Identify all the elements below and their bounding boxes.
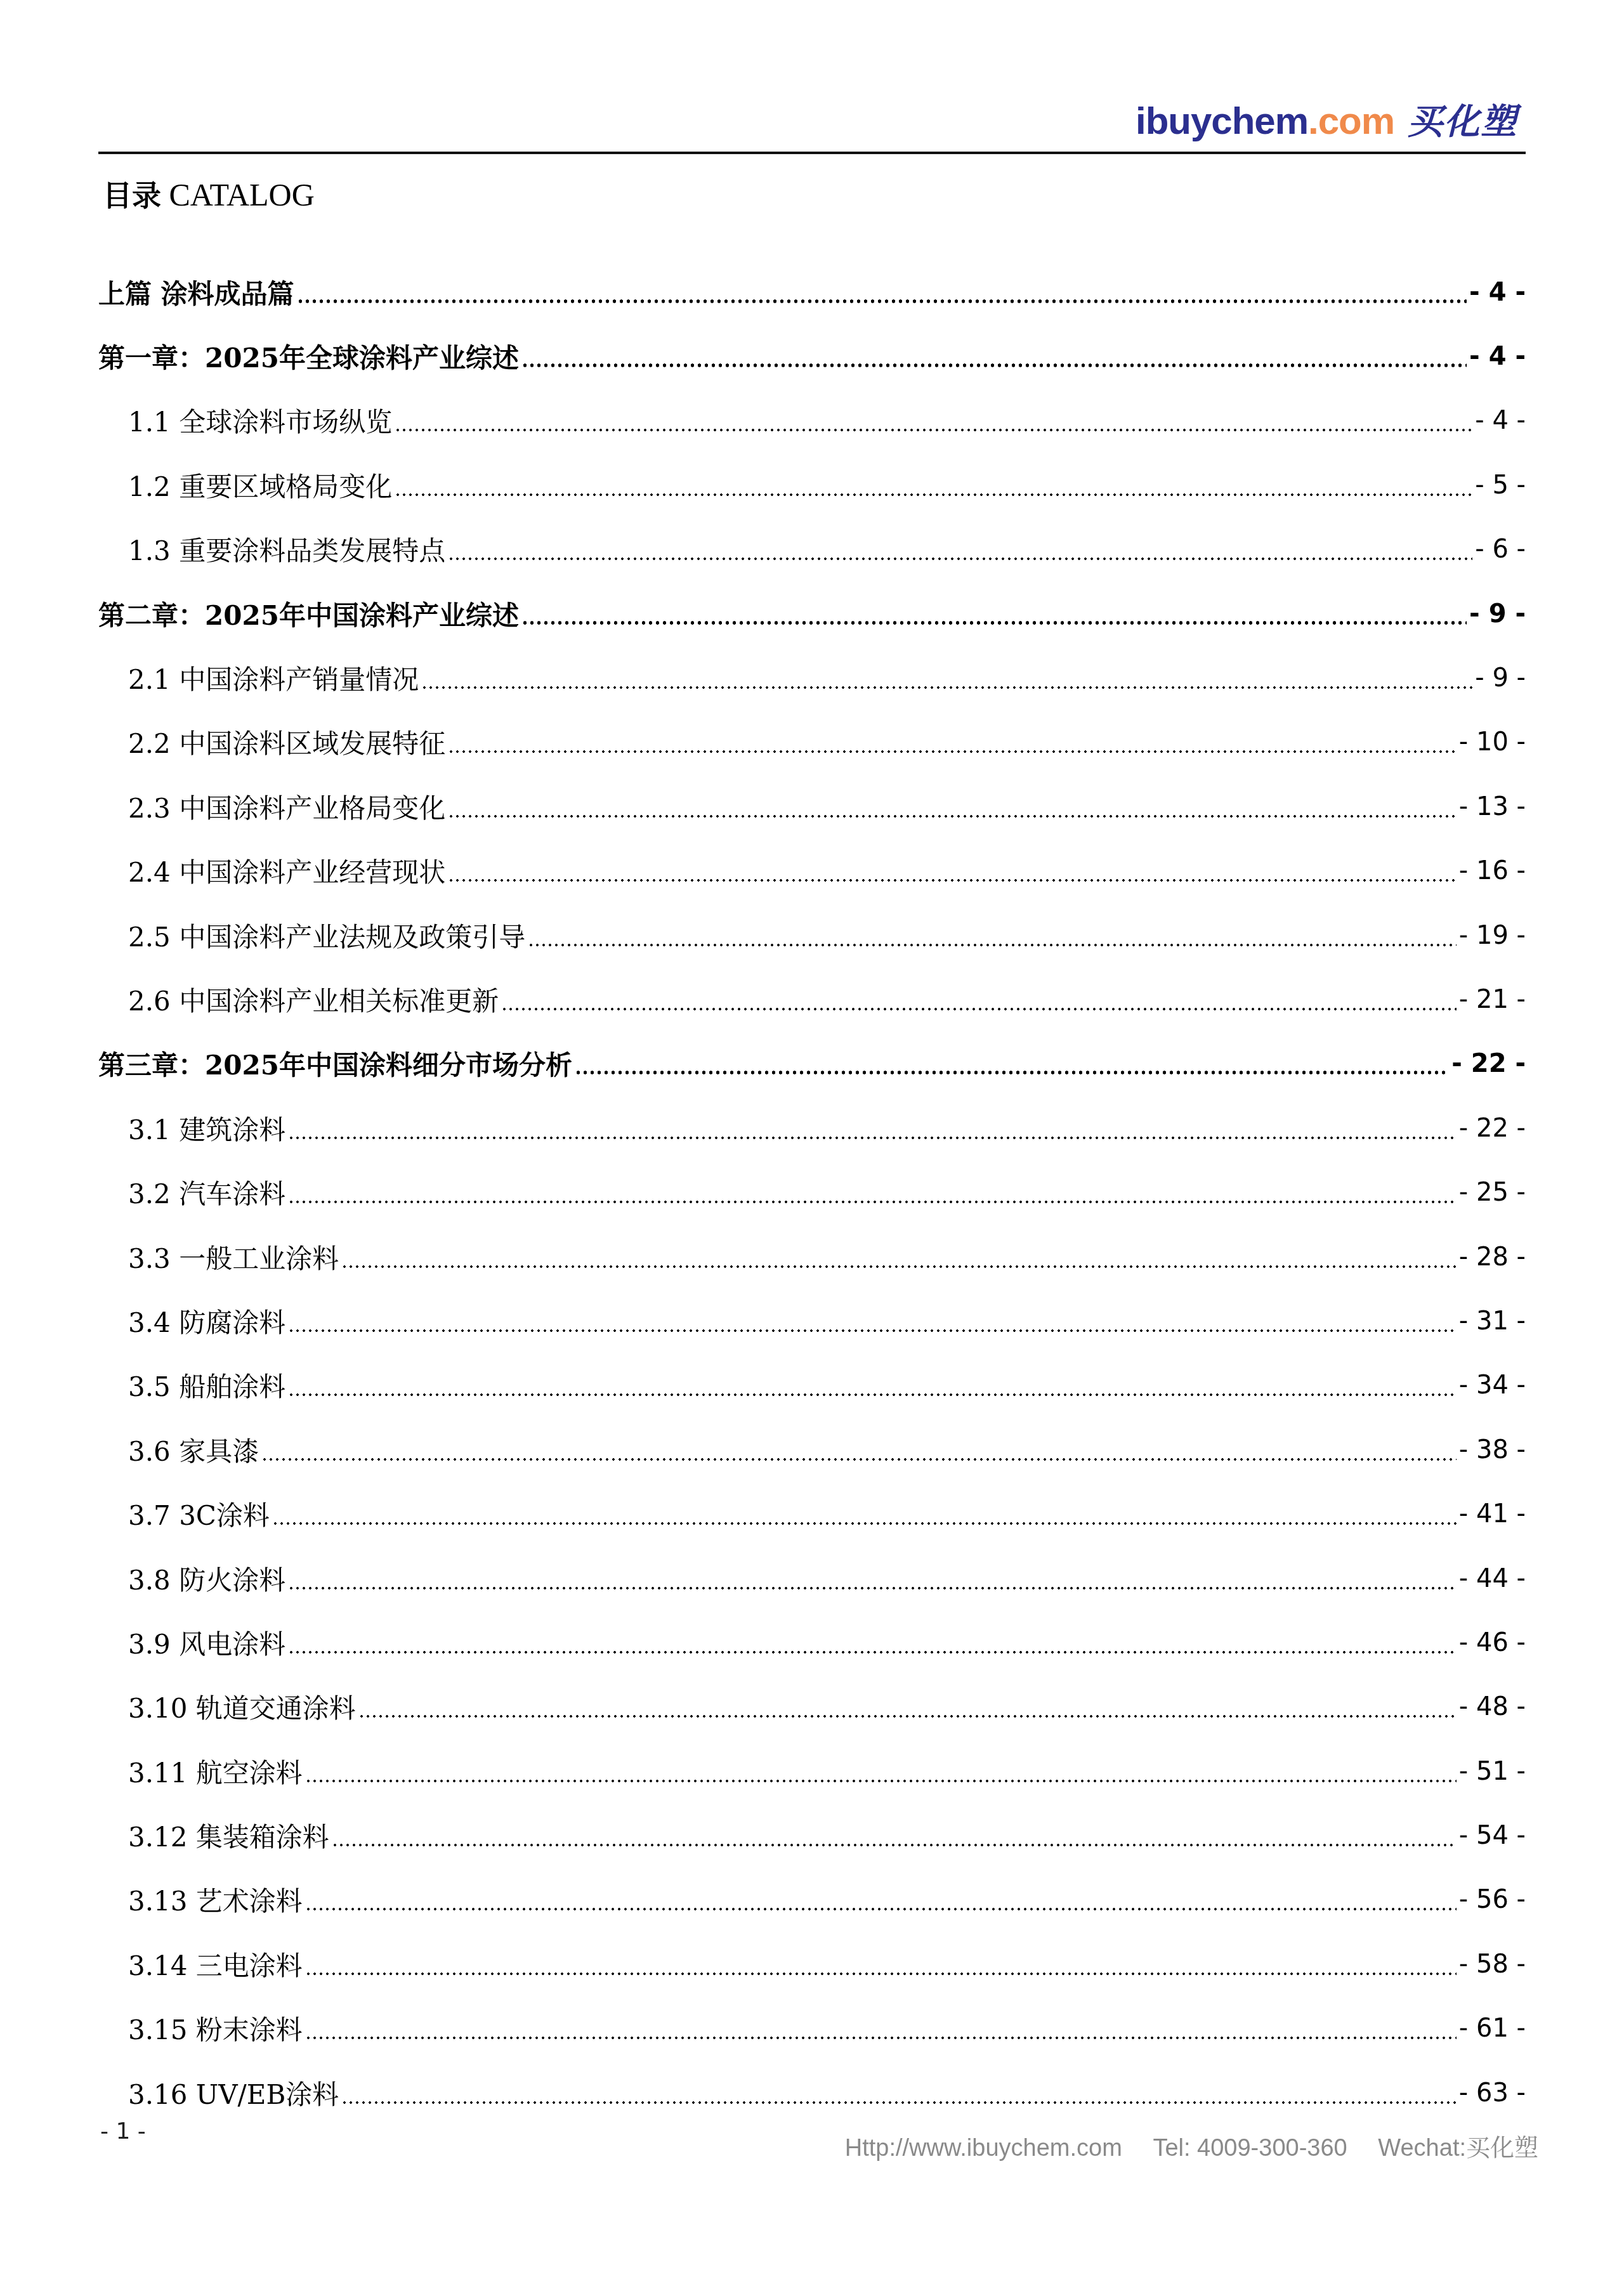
- dot-leader: [448, 815, 1457, 818]
- toc-entry-page-number[interactable]: - 22 -: [1459, 1114, 1526, 1143]
- toc-entry-title[interactable]: 3.9 风电涂料: [128, 1624, 285, 1662]
- toc-section-entry[interactable]: 3.15 粉末涂料- 61 -: [98, 1997, 1526, 2061]
- dot-leader: [395, 429, 1472, 431]
- dot-leader: [575, 1071, 1449, 1074]
- dot-leader: [272, 1522, 1457, 1525]
- toc-entry-page-number[interactable]: - 34 -: [1459, 1371, 1526, 1400]
- page-title-en: CATALOG: [169, 177, 315, 212]
- toc-section-entry[interactable]: 1.2 重要区域格局变化- 5 -: [98, 453, 1526, 517]
- toc-entry-title[interactable]: 3.8 防火涂料: [128, 1560, 285, 1598]
- footer-contact: Http://www.ibuychem.com Tel: 4009-300-36…: [845, 2128, 1538, 2163]
- toc-entry-page-number[interactable]: - 22 -: [1451, 1049, 1526, 1078]
- toc-entry-page-number[interactable]: - 4 -: [1469, 342, 1526, 371]
- toc-section-entry[interactable]: 3.10 轨道交通涂料- 48 -: [98, 1675, 1526, 1739]
- toc-entry-page-number[interactable]: - 41 -: [1459, 1499, 1526, 1529]
- dot-leader: [501, 1008, 1457, 1010]
- toc-entry-page-number[interactable]: - 31 -: [1459, 1307, 1526, 1336]
- toc-entry-title[interactable]: 3.3 一般工业涂料: [128, 1238, 339, 1276]
- dot-leader: [341, 1265, 1457, 1268]
- toc-entry-page-number[interactable]: - 51 -: [1459, 1757, 1526, 1786]
- footer-page-number: - 1 -: [100, 2118, 146, 2144]
- toc-entry-title[interactable]: 3.10 轨道交通涂料: [128, 1688, 356, 1726]
- dot-leader: [521, 363, 1467, 367]
- toc-section-entry[interactable]: 2.3 中国涂料产业格局变化- 13 -: [98, 774, 1526, 838]
- toc-entry-page-number[interactable]: - 9 -: [1475, 663, 1526, 693]
- toc-section-entry[interactable]: 3.13 艺术涂料- 56 -: [98, 1868, 1526, 1932]
- dot-leader: [305, 1780, 1457, 1782]
- brand-logo: ibuychem .com 买化塑: [1136, 94, 1517, 140]
- toc-entry-title[interactable]: 第二章：2025年中国涂料产业综述: [98, 595, 519, 633]
- header-divider: [98, 152, 1526, 154]
- toc-entry-title[interactable]: 2.6 中国涂料产业相关标准更新: [128, 981, 499, 1019]
- toc-entry-title[interactable]: 1.2 重要区域格局变化: [128, 466, 392, 504]
- page-title: 目录 CATALOG: [103, 173, 315, 214]
- toc-entry-title[interactable]: 2.3 中国涂料产业格局变化: [128, 788, 445, 826]
- toc-entry-title[interactable]: 2.1 中国涂料产销量情况: [128, 659, 419, 697]
- dot-leader: [305, 1908, 1457, 1910]
- dot-leader: [358, 1715, 1457, 1718]
- toc-section-entry[interactable]: 2.4 中国涂料产业经营现状- 16 -: [98, 839, 1526, 903]
- toc-section-entry[interactable]: 3.2 汽车涂料- 25 -: [98, 1160, 1526, 1224]
- dot-leader: [305, 1973, 1457, 1975]
- dot-leader: [305, 2037, 1457, 2039]
- toc-section-entry[interactable]: 3.12 集装箱涂料- 54 -: [98, 1803, 1526, 1867]
- toc-entry-title[interactable]: 3.14 三电涂料: [128, 1945, 303, 1983]
- dot-leader: [288, 1329, 1457, 1332]
- toc-entry-page-number[interactable]: - 56 -: [1459, 1885, 1526, 1914]
- toc-entry-title[interactable]: 3.12 集装箱涂料: [128, 1817, 329, 1855]
- toc-entry-title[interactable]: 3.2 汽车涂料: [128, 1173, 285, 1211]
- toc-section-entry[interactable]: 1.3 重要涂料品类发展特点- 6 -: [98, 518, 1526, 582]
- toc-entry-page-number[interactable]: - 58 -: [1459, 1950, 1526, 1979]
- toc-section-entry[interactable]: 3.14 三电涂料- 58 -: [98, 1932, 1526, 1996]
- toc-entry-title[interactable]: 3.16 UV/EB涂料: [128, 2074, 339, 2112]
- logo-wordmark: ibuychem: [1136, 99, 1308, 143]
- toc-section-entry[interactable]: 3.16 UV/EB涂料- 63 -: [98, 2061, 1526, 2125]
- toc-entry-page-number[interactable]: - 63 -: [1459, 2078, 1526, 2108]
- dot-leader: [448, 879, 1457, 882]
- dot-leader: [395, 493, 1472, 496]
- toc-entry-title[interactable]: 第三章：2025年中国涂料细分市场分析: [98, 1045, 572, 1083]
- toc-entry-page-number[interactable]: - 10 -: [1459, 727, 1526, 757]
- dot-leader: [528, 944, 1457, 946]
- toc-entry-page-number[interactable]: - 48 -: [1459, 1692, 1526, 1721]
- toc-entry-title[interactable]: 3.15 粉末涂料: [128, 2009, 303, 2047]
- toc-section-entry[interactable]: 3.4 防腐涂料- 31 -: [98, 1289, 1526, 1353]
- toc-entry-page-number[interactable]: - 16 -: [1459, 856, 1526, 885]
- toc-entry-title[interactable]: 2.5 中国涂料产业法规及政策引导: [128, 916, 525, 955]
- toc-section-entry[interactable]: 2.2 中国涂料区域发展特征- 10 -: [98, 710, 1526, 774]
- toc-section-entry[interactable]: 1.1 全球涂料市场纵览- 4 -: [98, 389, 1526, 453]
- dot-leader: [261, 1458, 1457, 1461]
- toc-entry-title[interactable]: 2.4 中国涂料产业经营现状: [128, 852, 445, 890]
- footer-url[interactable]: Http://www.ibuychem.com: [845, 2135, 1122, 2162]
- toc-entry-title[interactable]: 3.7 3C涂料: [128, 1495, 270, 1533]
- footer-tel: Tel: 4009-300-360: [1153, 2135, 1347, 2162]
- dot-leader: [288, 1587, 1457, 1589]
- toc-entry-page-number[interactable]: - 13 -: [1459, 792, 1526, 821]
- toc-entry-title[interactable]: 1.3 重要涂料品类发展特点: [128, 530, 445, 568]
- toc-entry-title[interactable]: 3.11 航空涂料: [128, 1752, 303, 1790]
- toc-entry-page-number[interactable]: - 44 -: [1459, 1564, 1526, 1593]
- dot-leader: [288, 1201, 1457, 1203]
- toc-section-entry[interactable]: 3.11 航空涂料- 51 -: [98, 1739, 1526, 1803]
- dot-leader: [341, 2101, 1457, 2104]
- toc-entry-page-number[interactable]: - 4 -: [1469, 278, 1526, 307]
- toc-entry-title[interactable]: 3.1 建筑涂料: [128, 1109, 285, 1147]
- toc-entry-page-number[interactable]: - 19 -: [1459, 921, 1526, 950]
- toc-entry-page-number[interactable]: - 61 -: [1459, 2014, 1526, 2043]
- toc-entry-title[interactable]: 2.2 中国涂料区域发展特征: [128, 723, 445, 761]
- toc-entry-title[interactable]: 第一章：2025年全球涂料产业综述: [98, 337, 519, 375]
- toc-section-entry[interactable]: 3.9 风电涂料- 46 -: [98, 1610, 1526, 1674]
- toc-section-entry[interactable]: 3.6 家具漆- 38 -: [98, 1418, 1526, 1482]
- toc-section-entry[interactable]: 2.1 中国涂料产销量情况- 9 -: [98, 646, 1526, 710]
- toc-section-entry[interactable]: 3.8 防火涂料- 44 -: [98, 1546, 1526, 1610]
- toc-entry-title[interactable]: 3.5 船舶涂料: [128, 1366, 285, 1404]
- toc-entry-title[interactable]: 3.13 艺术涂料: [128, 1881, 303, 1919]
- toc-section-entry[interactable]: 3.3 一般工业涂料- 28 -: [98, 1225, 1526, 1289]
- dot-leader: [421, 686, 1472, 689]
- dot-leader: [288, 1651, 1457, 1654]
- toc-entry-page-number[interactable]: - 9 -: [1469, 599, 1526, 629]
- toc-entry-title[interactable]: 上篇 涂料成品篇: [98, 273, 294, 311]
- toc-chapter-entry[interactable]: 第一章：2025年全球涂料产业综述- 4 -: [98, 324, 1526, 388]
- toc-chapter-entry[interactable]: 第三章：2025年中国涂料细分市场分析- 22 -: [98, 1032, 1526, 1096]
- toc-chapter-entry[interactable]: 第二章：2025年中国涂料产业综述- 9 -: [98, 582, 1526, 646]
- toc-entry-page-number[interactable]: - 4 -: [1475, 406, 1526, 435]
- toc-entry-page-number[interactable]: - 38 -: [1459, 1435, 1526, 1464]
- dot-leader: [288, 1137, 1457, 1139]
- dot-leader: [448, 558, 1472, 560]
- toc-entry-page-number[interactable]: - 54 -: [1459, 1821, 1526, 1850]
- toc-entry-page-number[interactable]: - 28 -: [1459, 1243, 1526, 1272]
- toc-section-entry[interactable]: 3.7 3C涂料- 41 -: [98, 1482, 1526, 1546]
- toc-entry-page-number[interactable]: - 25 -: [1459, 1178, 1526, 1207]
- dot-leader: [448, 750, 1457, 753]
- toc-entry-title[interactable]: 3.6 家具漆: [128, 1431, 259, 1469]
- toc-section-entry[interactable]: 2.5 中国涂料产业法规及政策引导- 19 -: [98, 903, 1526, 967]
- toc-chapter-entry[interactable]: 上篇 涂料成品篇- 4 -: [98, 260, 1526, 324]
- dot-leader: [332, 1844, 1457, 1846]
- table-of-contents: 上篇 涂料成品篇- 4 -第一章：2025年全球涂料产业综述- 4 -1.1 全…: [98, 260, 1526, 2125]
- dot-leader: [288, 1393, 1457, 1396]
- toc-entry-page-number[interactable]: - 46 -: [1459, 1628, 1526, 1657]
- toc-section-entry[interactable]: 3.5 船舶涂料- 34 -: [98, 1353, 1526, 1418]
- toc-section-entry[interactable]: 2.6 中国涂料产业相关标准更新- 21 -: [98, 967, 1526, 1031]
- toc-entry-page-number[interactable]: - 5 -: [1475, 471, 1526, 500]
- toc-entry-page-number[interactable]: - 21 -: [1459, 985, 1526, 1014]
- dot-leader: [521, 621, 1467, 625]
- toc-entry-title[interactable]: 1.1 全球涂料市场纵览: [128, 401, 392, 440]
- logo-chinese-name: 买化塑: [1407, 94, 1517, 145]
- toc-section-entry[interactable]: 3.1 建筑涂料- 22 -: [98, 1096, 1526, 1160]
- dot-leader: [297, 299, 1467, 303]
- logo-domain-suffix: .com: [1308, 99, 1394, 143]
- toc-entry-page-number[interactable]: - 6 -: [1475, 535, 1526, 564]
- toc-entry-title[interactable]: 3.4 防腐涂料: [128, 1302, 285, 1340]
- footer-wechat: Wechat:买化塑: [1378, 2135, 1538, 2162]
- page-title-cn: 目录: [103, 178, 161, 212]
